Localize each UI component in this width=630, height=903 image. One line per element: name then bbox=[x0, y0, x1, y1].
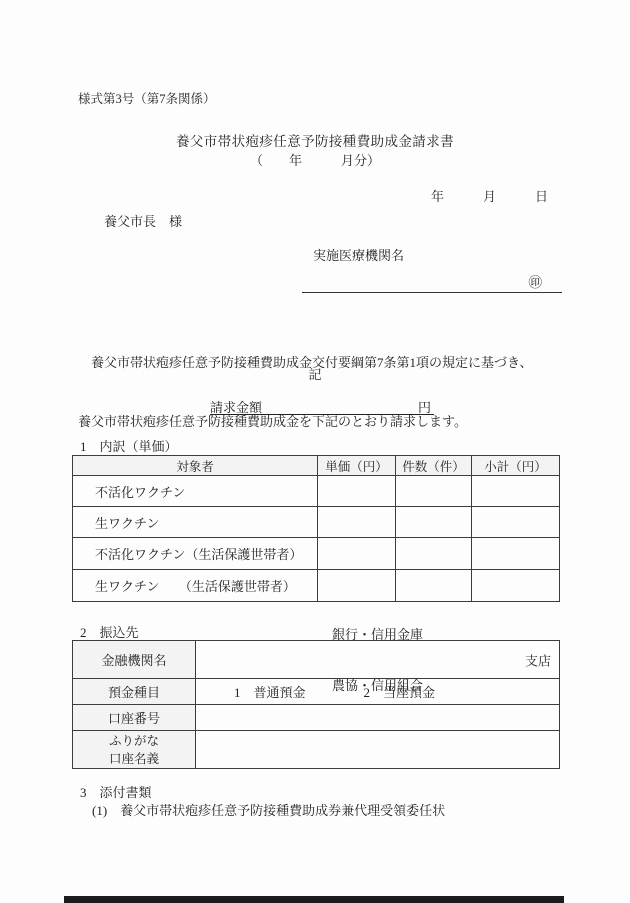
account-type-label: 預金種目 bbox=[73, 679, 196, 705]
column-header-subtotal: 小計（円） bbox=[472, 456, 560, 476]
section3-heading: 3 添付書類 bbox=[80, 782, 152, 801]
attachment-item-1: (1) 養父市帯状疱疹任意予防接種費助成券兼代理受領委任状 bbox=[92, 800, 445, 819]
claim-amount-label: 請求金額 bbox=[210, 397, 262, 414]
institution-type-line1: 銀行・信用金庫 bbox=[332, 626, 423, 643]
column-header-target: 対象者 bbox=[73, 456, 318, 476]
section2-heading: 2 振込先 bbox=[80, 622, 139, 641]
row-label-inactivated-vaccine-welfare: 不活化ワクチン（生活保護世帯者） bbox=[73, 538, 318, 570]
unit-price-cell-row2 bbox=[318, 507, 396, 538]
account-number-label: 口座番号 bbox=[73, 705, 196, 731]
count-cell-row2 bbox=[396, 507, 472, 538]
row-label-inactivated-vaccine: 不活化ワクチン bbox=[73, 476, 318, 507]
count-cell-row3 bbox=[396, 538, 472, 570]
furigana-label: ふりがな bbox=[109, 732, 159, 750]
count-cell-row1 bbox=[396, 476, 472, 507]
unit-price-cell-row1 bbox=[318, 476, 396, 507]
date-line: 年 月 日 bbox=[0, 186, 548, 205]
institution-type-options: 銀行・信用金庫 農協・信用組合 bbox=[332, 592, 423, 728]
form-document-page: 様式第3号（第7条関係） 養父市帯状疱疹任意予防接種費助成金請求書 （ 年 月分… bbox=[0, 0, 630, 903]
page-bottom-edge bbox=[64, 896, 564, 903]
branch-suffix: 支店 bbox=[525, 650, 551, 669]
column-header-unit-price: 単価（円） bbox=[318, 456, 396, 476]
account-holder-label: ふりがな 口座名義 bbox=[73, 731, 196, 769]
seal-mark-icon: ㊞ bbox=[529, 271, 543, 291]
subtotal-cell-row4 bbox=[472, 570, 560, 602]
breakdown-table: 対象者 単価（円） 件数（件） 小計（円） 不活化ワクチン 生ワクチン 不活化ワ… bbox=[72, 455, 560, 602]
record-marker: 記 bbox=[0, 364, 630, 383]
row-label-live-vaccine: 生ワクチン bbox=[73, 507, 318, 538]
subtotal-cell-row3 bbox=[472, 538, 560, 570]
subtotal-cell-row2 bbox=[472, 507, 560, 538]
row-label-live-vaccine-welfare: 生ワクチン （生活保護世帯者） bbox=[73, 570, 318, 602]
financial-institution-cell: 銀行・信用金庫 農協・信用組合 支店 bbox=[196, 641, 560, 679]
unit-price-cell-row3 bbox=[318, 538, 396, 570]
medical-institution-signature-line: ㊞ bbox=[302, 272, 562, 293]
document-title: 養父市帯状疱疹任意予防接種費助成金請求書 bbox=[0, 130, 630, 150]
financial-institution-label: 金融機関名 bbox=[73, 641, 196, 679]
subtotal-cell-row1 bbox=[472, 476, 560, 507]
form-number: 様式第3号（第7条関係） bbox=[78, 89, 216, 107]
section1-heading: 1 内訳（単価） bbox=[80, 436, 178, 455]
medical-institution-label: 実施医療機関名 bbox=[313, 245, 404, 264]
period-line: （ 年 月分） bbox=[0, 150, 630, 169]
addressee: 養父市長 様 bbox=[104, 211, 182, 230]
transfer-table: 金融機関名 銀行・信用金庫 農協・信用組合 支店 預金種目 1 普通預金 2 当… bbox=[72, 640, 560, 769]
column-header-count: 件数（件） bbox=[396, 456, 472, 476]
institution-type-line2: 農協・信用組合 bbox=[332, 677, 423, 694]
holder-name-label: 口座名義 bbox=[109, 750, 159, 768]
account-type-option-ordinary: 1 普通預金 bbox=[234, 682, 306, 701]
claim-amount-line: 請求金額 円 bbox=[210, 397, 434, 415]
claim-amount-unit: 円 bbox=[418, 397, 431, 414]
account-holder-cell bbox=[196, 731, 560, 769]
